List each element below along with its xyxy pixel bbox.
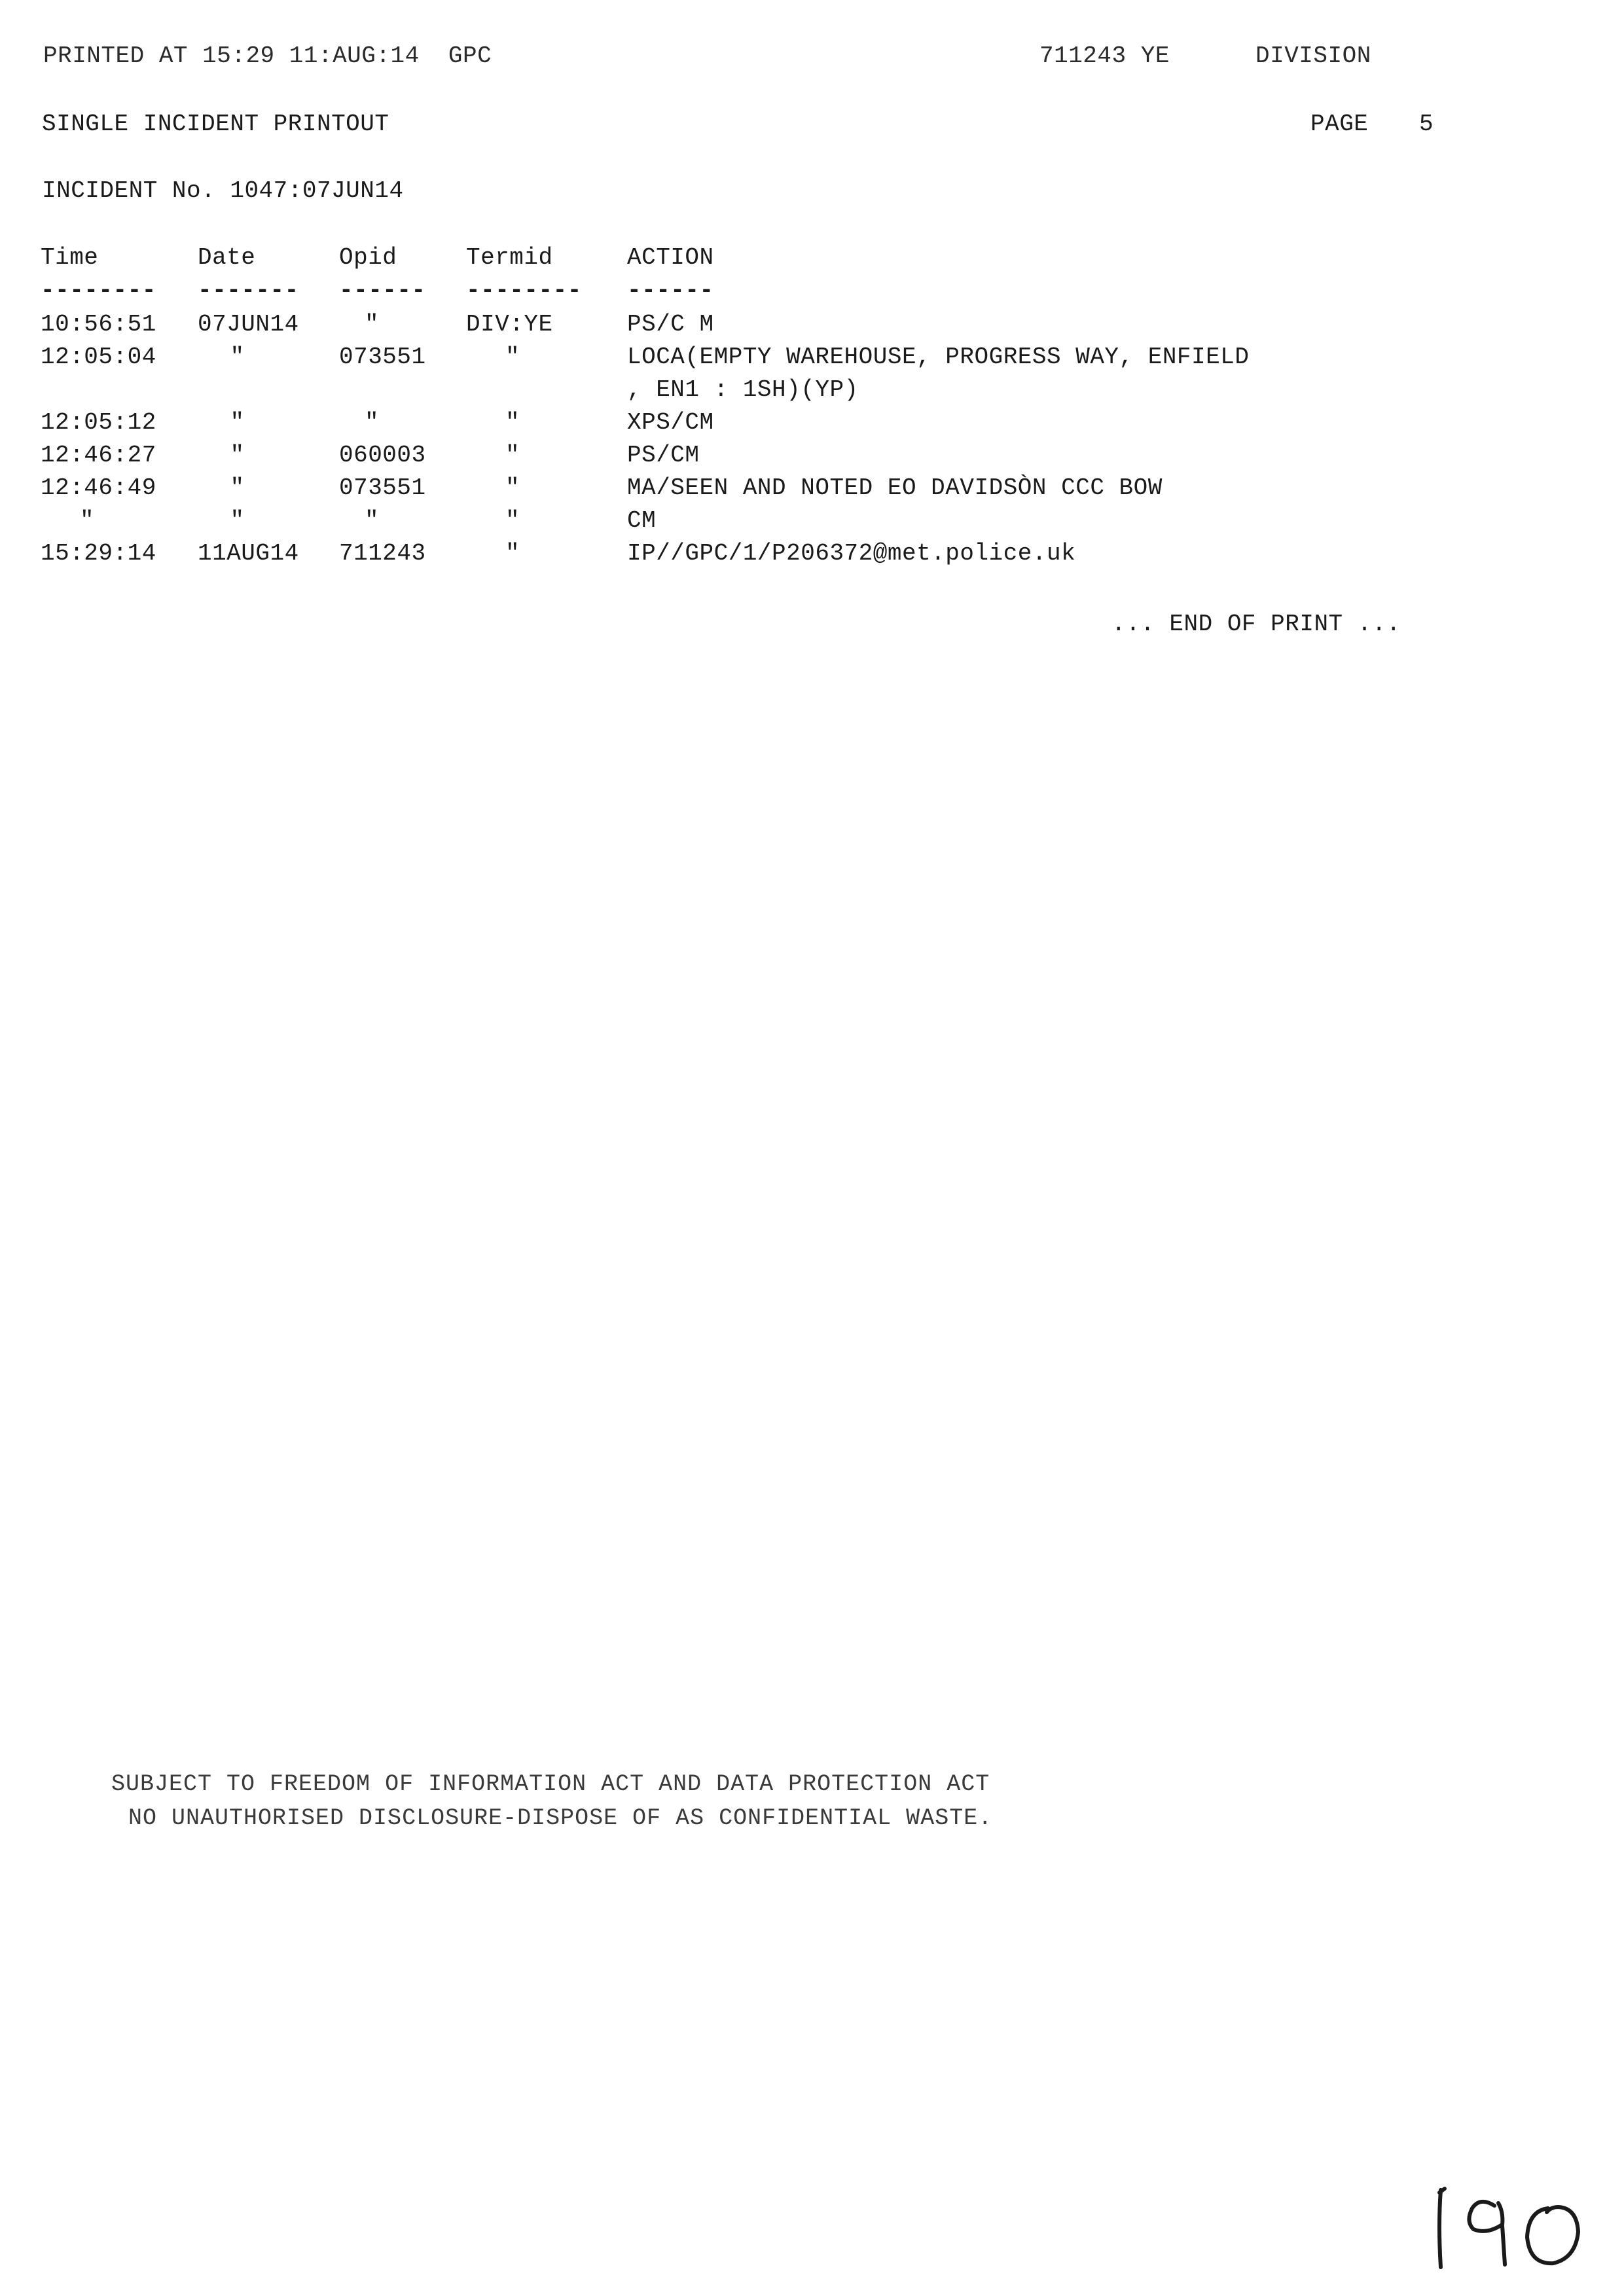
- column-header-termid: Termid: [466, 245, 553, 271]
- cell-opid: 711243: [339, 541, 426, 567]
- cell-termid: DIV:YE: [466, 312, 553, 338]
- division-label: DIVISION: [1255, 43, 1371, 69]
- column-rule-opid: ------: [339, 278, 426, 304]
- column-rule-time: --------: [41, 278, 156, 304]
- cell-action: PS/C M: [627, 312, 714, 338]
- cell-opid: 060003: [339, 442, 426, 469]
- cell-action: IP//GPC/1/P206372@met.police.uk: [627, 541, 1075, 567]
- cell-action: LOCA(EMPTY WAREHOUSE, PROGRESS WAY, ENFI…: [627, 344, 1249, 370]
- column-header-opid: Opid: [339, 245, 397, 271]
- cell-time: 12:46:49: [41, 475, 156, 501]
- cell-date: 11AUG14: [198, 541, 299, 567]
- column-header-action: ACTION: [627, 245, 714, 271]
- incident-number: INCIDENT No. 1047:07JUN14: [42, 178, 404, 204]
- document-title: SINGLE INCIDENT PRINTOUT: [42, 111, 389, 137]
- column-header-date: Date: [198, 245, 255, 271]
- cell-date: ": [198, 508, 277, 534]
- page-label: PAGE: [1310, 111, 1368, 137]
- cell-termid: ": [466, 475, 559, 501]
- cell-opid: 073551: [339, 475, 426, 501]
- cell-opid: ": [339, 312, 405, 338]
- cell-date: ": [198, 344, 277, 370]
- cell-time: 12:46:27: [41, 442, 156, 469]
- cell-time: 12:05:04: [41, 344, 156, 370]
- cell-opid: 073551: [339, 344, 426, 370]
- cell-termid: ": [466, 541, 559, 567]
- cell-action: PS/CM: [627, 442, 700, 469]
- cell-date: ": [198, 410, 277, 436]
- cell-time: 10:56:51: [41, 312, 156, 338]
- cell-termid: ": [466, 344, 559, 370]
- cell-termid: ": [466, 442, 559, 469]
- cell-date: ": [198, 475, 277, 501]
- page-number: 5: [1419, 111, 1434, 137]
- footer-notice-line1: SUBJECT TO FREEDOM OF INFORMATION ACT AN…: [111, 1771, 990, 1797]
- end-of-print: ... END OF PRINT ...: [1111, 611, 1401, 637]
- cell-date: 07JUN14: [198, 312, 299, 338]
- cell-action: XPS/CM: [627, 410, 714, 436]
- cell-action: CM: [627, 508, 656, 534]
- printed-timestamp: PRINTED AT 15:29 11:AUG:14 GPC: [43, 43, 492, 69]
- cell-action: , EN1 : 1SH)(YP): [627, 377, 859, 403]
- cell-time: 12:05:12: [41, 410, 156, 436]
- terminal-id: 711243 YE: [1039, 43, 1170, 69]
- cell-action: MA/SEEN AND NOTED EO DAVIDSÒN CCC BOW: [627, 475, 1163, 501]
- handwritten-page-number: [1430, 2179, 1607, 2291]
- cell-time: 15:29:14: [41, 541, 156, 567]
- cell-termid: ": [466, 508, 559, 534]
- column-rule-action: ------: [627, 278, 714, 304]
- cell-date: ": [198, 442, 277, 469]
- column-rule-termid: --------: [466, 278, 582, 304]
- footer-notice-line2: NO UNAUTHORISED DISCLOSURE-DISPOSE OF AS…: [128, 1805, 992, 1831]
- cell-opid: ": [339, 410, 405, 436]
- cell-opid: ": [339, 508, 405, 534]
- column-header-time: Time: [41, 245, 98, 271]
- cell-time: ": [41, 508, 134, 534]
- column-rule-date: -------: [198, 278, 299, 304]
- cell-termid: ": [466, 410, 559, 436]
